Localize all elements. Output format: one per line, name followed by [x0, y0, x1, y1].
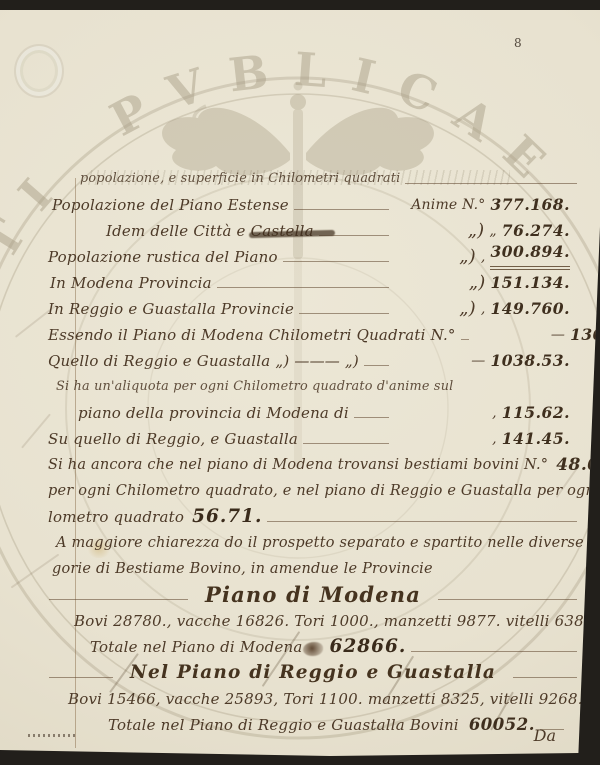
heading-rule-right [438, 599, 577, 600]
comma-mark: , [492, 426, 497, 452]
dash: — [551, 322, 565, 348]
line-label: Quello di Reggio e Guastalla „) ——— „) [48, 348, 359, 374]
leader-line [405, 183, 577, 184]
section-heading: Piano di Modena [193, 582, 433, 608]
ink-blot [303, 642, 323, 656]
value-cell: „) , 300.894. [394, 239, 582, 270]
line-label: A maggiore chiarezza do il prospetto sep… [56, 530, 600, 556]
value-cell: Anime N.° 377.168. [394, 192, 582, 218]
ditto-mark: „) [469, 270, 486, 296]
line-totale-reggio: Totale nel Piano di Reggio e Guastalla B… [44, 712, 582, 738]
leader-line [303, 443, 389, 444]
line-continuation-superficie: popolazione, e superficie in Chilometri … [44, 166, 582, 192]
line-label: Su quello di Reggio, e Guastalla [48, 426, 298, 452]
value-cell: — 1038.53. [394, 348, 582, 374]
unit-label: Anime N.° [411, 192, 485, 218]
line-label: per ogni Chilometro quadrato, e nel pian… [48, 478, 600, 504]
catchword: Da [534, 726, 556, 745]
manuscript-text-block: popolazione, e superficie in Chilometri … [44, 166, 582, 738]
line-label: popolazione, e superficie in Chilometri … [80, 166, 400, 192]
ditto-mark: , [481, 244, 486, 270]
line-label: Essendo il Piano di Modena Chilometri Qu… [48, 322, 456, 348]
heading-rule-right [513, 677, 577, 678]
figure: 141.45. [502, 426, 570, 452]
line-label: lometro quadrato [48, 504, 184, 530]
figure: 1038.53. [490, 348, 570, 374]
heading-piano-di-modena: Piano di Modena [44, 582, 582, 608]
line-aliquota-intro: Si ha un'aliquota per ogni Chilometro qu… [44, 374, 582, 400]
dash: — [471, 348, 485, 374]
line-label: Si ha ancora che nel piano di Modena tro… [48, 452, 548, 478]
figure: 151.134. [490, 270, 570, 296]
line-lometro-quadrato: lometro quadrato 56.71. [44, 504, 582, 530]
line-aliquota-modena: piano della provincia di Modena di , 115… [44, 400, 582, 426]
heading-piano-reggio-guastalla: Nel Piano di Reggio e Guastalla [44, 660, 582, 686]
ditto-mark: „) [459, 296, 476, 322]
figure: 149.760. [490, 296, 570, 322]
line-label: In Reggio e Guastalla Provincie [48, 296, 294, 322]
leader-line [283, 261, 389, 262]
figure: 60052. [469, 712, 535, 738]
line-label: In Modena Provincia [50, 270, 212, 296]
section-heading: Nel Piano di Reggio e Guastalla [118, 660, 508, 686]
line-bovini-modena-dettaglio: Bovi 28780., vacche 16826. Tori 1000., m… [44, 608, 582, 634]
line-label: piano della provincia di Modena di [78, 400, 349, 426]
figure: 56.71. [192, 504, 262, 530]
figure: 115.62. [502, 400, 570, 426]
line-aliquota-reggio: Su quello di Reggio, e Guastalla , 141.4… [44, 426, 582, 452]
figure: 48.01 [556, 452, 600, 478]
ditto-mark: „) [459, 244, 476, 270]
line-label: Bovi 28780., vacche 16826. Tori 1000., m… [74, 608, 599, 634]
line-bovini-reggio-dettaglio: Bovi 15466, vacche 25893, Tori 1100. man… [44, 686, 582, 712]
leader-line [354, 417, 389, 418]
leader-line [217, 287, 389, 288]
figure: 300.894. [490, 239, 570, 270]
ink-smear [249, 230, 335, 238]
value-cell: „) , 149.760. [394, 296, 582, 322]
line-totale-modena: Totale nel Piano di Modena 62866. [44, 634, 582, 660]
line-popolazione-rustica: Popolazione rustica del Piano „) , 300.8… [44, 244, 582, 270]
value-cell: „) 151.134. [394, 270, 582, 296]
line-superficie-reggio: Quello di Reggio e Guastalla „) ——— „) —… [44, 348, 582, 374]
leader-line [411, 651, 577, 652]
line-label: Totale nel Piano di Reggio e Guastalla B… [108, 712, 459, 738]
line-popolazione-piano-estense: Popolazione del Piano Estense Anime N.° … [44, 192, 582, 218]
leader-line [461, 339, 469, 340]
value-cell: , 115.62. [394, 400, 582, 426]
paper-sheet: TI PVBLICAE 8 [0, 10, 600, 756]
ditto-mark: , [481, 296, 486, 322]
figure: 377.168. [490, 192, 570, 218]
scanned-manuscript-page: TI PVBLICAE 8 [0, 0, 600, 765]
heading-rule-left [49, 677, 113, 678]
line-modena-provincia: In Modena Provincia „) 151.134. [44, 270, 582, 296]
line-maggiore-chiarezza: A maggiore chiarezza do il prospetto sep… [44, 530, 582, 556]
line-label: Totale nel Piano di Modena [90, 634, 303, 660]
comma-mark: , [492, 400, 497, 426]
leader-line [267, 521, 577, 522]
line-bestiami-bovini: Si ha ancora che nel piano di Modena tro… [44, 452, 582, 478]
line-label: Bovi 15466, vacche 25893, Tori 1100. man… [68, 686, 583, 712]
line-superficie-modena: Essendo il Piano di Modena Chilometri Qu… [44, 322, 582, 348]
value-cell: , 141.45. [394, 426, 582, 452]
line-label: Si ha un'aliquota per ogni Chilometro qu… [56, 374, 453, 400]
figure: 62866. [330, 634, 407, 660]
line-label: gorie di Bestiame Bovino, in amendue le … [52, 556, 433, 582]
line-gorie-bestiame: gorie di Bestiame Bovino, in amendue le … [44, 556, 582, 582]
leader-line [364, 365, 389, 366]
line-label: Popolazione rustica del Piano [48, 244, 278, 270]
embossed-blind-stamp [14, 44, 64, 98]
line-reggio-guastalla-provincie: In Reggio e Guastalla Provincie „) , 149… [44, 296, 582, 322]
figure: 1306.90. [570, 322, 600, 348]
page-number: 8 [514, 36, 522, 50]
value-cell: — 1306.90. [474, 322, 600, 348]
leader-line [294, 209, 389, 210]
heading-rule-left [49, 599, 188, 600]
leader-line [299, 313, 389, 314]
line-per-ogni-chilometro: per ogni Chilometro quadrato, e nel pian… [44, 478, 582, 504]
line-label: Popolazione del Piano Estense [52, 192, 289, 218]
